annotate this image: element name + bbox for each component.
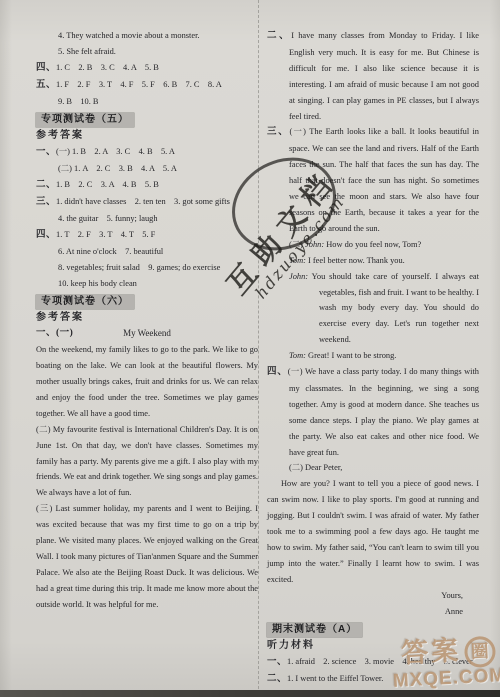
speaker-name: Tom:	[289, 256, 306, 265]
dialog-line: John: You should take care of yourself. …	[267, 269, 479, 349]
scan-bottom-edge	[0, 690, 500, 697]
section-header: 专项测试卷（六）	[36, 294, 258, 310]
enumerator: 四、	[267, 367, 288, 377]
enumerator: 四、	[36, 230, 56, 240]
answer-line: 二、I have many classes from Monday to Fri…	[267, 28, 479, 124]
speaker-name: John:	[289, 272, 308, 281]
answer-line: 三、(一) The Earth looks like a ball. It lo…	[267, 124, 479, 236]
signature-line: Anne	[267, 604, 479, 620]
right-column: 二、I have many classes from Monday to Fri…	[267, 28, 479, 688]
enumerator: 二、	[267, 31, 291, 41]
answer-line: 二、1. B 2. C 3. A 4. B 5. B	[36, 177, 258, 194]
answer-line: 四、1. T 2. F 3. T 4. T 5. F	[36, 227, 258, 244]
section-header-box: 期末测试卷（A）	[267, 623, 362, 637]
enumerator: 一、(一)	[36, 326, 73, 342]
answer-line: (二) Dear Peter,	[267, 460, 479, 476]
speaker-name: Tom:	[289, 351, 306, 360]
enumerator: 四、	[36, 63, 56, 73]
paragraph: (二) My favourite festival is Internation…	[36, 422, 258, 502]
answer-line: 四、1. C 2. B 3. C 4. A 5. B	[36, 60, 258, 77]
answer-line: 一、1. afraid 2. science 3. movie 4. healt…	[267, 654, 479, 671]
answer-line: 5. She felt afraid.	[36, 44, 258, 60]
enumerator: 一、	[267, 657, 287, 667]
column-divider	[258, 0, 259, 689]
enumerator: 三、	[267, 127, 289, 137]
answer-line: 10. keep his body clean	[36, 276, 258, 292]
dialog-line: Tom: Great! I want to be strong.	[267, 348, 479, 364]
answer-line: 二、1. I went to the Eiffel Tower.	[267, 671, 479, 688]
composition-title-line: 一、(一)My Weekend	[36, 326, 258, 342]
speaker-name: John:	[305, 240, 324, 249]
left-column: 4. They watched a movie about a monster.…	[36, 28, 258, 613]
answer-line: 四、(一) We have a class party today. I do …	[267, 364, 479, 460]
section-label: 参考答案	[36, 128, 258, 144]
answer-line: 一、(一) 1. B 2. A 3. C 4. B 5. A	[36, 144, 258, 161]
enumerator: 二、	[267, 674, 287, 684]
answer-line: 8. vegetables; fruit salad 9. games; do …	[36, 260, 258, 276]
paragraph: How are you? I want to tell you a piece …	[267, 476, 479, 587]
signature-line: Yours,	[267, 588, 479, 604]
enumerator: 五、	[36, 80, 56, 90]
section-header-box: 专项测试卷（五）	[36, 113, 134, 127]
section-header: 期末测试卷（A）	[267, 622, 479, 638]
answer-line: 三、1. didn't have classes 2. ten ten 3. g…	[36, 194, 258, 211]
paragraph: On the weekend, my family likes to go to…	[36, 342, 258, 422]
enumerator: 一、	[36, 147, 56, 157]
paragraph: (三) Last summer holiday, my parents and …	[36, 501, 258, 612]
dialog-line: (二) John: How do you feel now, Tom?	[267, 237, 479, 253]
answer-line: 4. the guitar 5. funny; laugh	[36, 211, 258, 227]
dialog-line: Tom: I feel better now. Thank you.	[267, 253, 479, 269]
section-header-box: 专项测试卷（六）	[36, 295, 134, 309]
answer-line: 4. They watched a movie about a monster.	[36, 28, 258, 44]
answer-line: 6. At nine o'clock 7. beautiful	[36, 244, 258, 260]
enumerator: 三、	[36, 197, 56, 207]
section-header: 专项测试卷（五）	[36, 112, 258, 128]
section-label: 参考答案	[36, 310, 258, 326]
scanned-answer-key-page: 4. They watched a movie about a monster.…	[0, 0, 500, 697]
answer-line: 9. B 10. B	[36, 94, 258, 110]
enumerator: 二、	[36, 180, 56, 190]
answer-line: 五、1. F 2. F 3. T 4. F 5. F 6. B 7. C 8. …	[36, 77, 258, 94]
section-label: 听力材料	[267, 638, 479, 654]
answer-line: (二) 1. A 2. C 3. B 4. A 5. A	[36, 161, 258, 177]
